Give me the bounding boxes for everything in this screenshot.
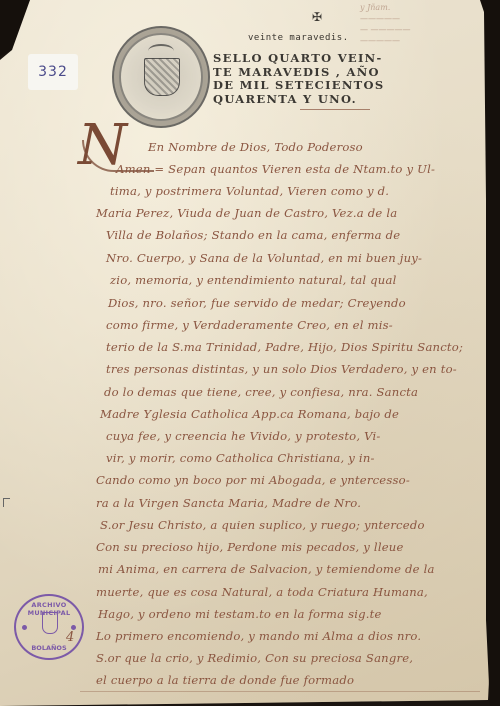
stamp-dot-icon — [22, 625, 27, 630]
text-line: Con su precioso hijo, Perdone mis pecado… — [96, 540, 404, 554]
flourish-rule — [300, 109, 370, 110]
text-line: el cuerpo a la tierra de donde fue forma… — [96, 673, 354, 687]
bottom-rule — [80, 691, 480, 692]
municipal-shield-icon — [42, 612, 58, 634]
text-line: Amen = Sepan quantos Vieren esta de Ntam… — [116, 162, 435, 176]
text-line: Cando como yn boco por mi Abogada, e ynt… — [96, 473, 410, 487]
stamp-line: SELLO QUARTO VEIN- — [213, 52, 453, 66]
text-line: zio, memoria, y entendimiento natural, t… — [110, 273, 396, 287]
text-line: Maria Perez, Viuda de Juan de Castro, Ve… — [96, 206, 397, 220]
text-line: como firme, y Verdaderamente Creo, en el… — [106, 318, 393, 332]
text-line: En Nombre de Dios, Todo Poderoso — [148, 140, 363, 154]
archive-stamp-bottom-text: BOLAÑOS — [16, 644, 82, 652]
crown-icon — [148, 44, 174, 58]
text-line: S.or Jesu Christo, a quien suplico, y ru… — [100, 518, 425, 532]
text-line: Hago, y ordeno mi testam.to en la forma … — [98, 607, 382, 621]
text-line: ra a la Virgen Sancta Maria, Madre de Nr… — [96, 496, 361, 510]
text-line: cuya fee, y creencia he Vivido, y protes… — [106, 429, 381, 443]
marginal-note-line: y Jñam. — [360, 2, 480, 13]
text-line: tima, y postrimera Voluntad, Vieren como… — [110, 184, 389, 198]
text-line: S.or que la crio, y Redimio, Con su prec… — [96, 651, 413, 665]
coat-of-arms-icon — [144, 58, 180, 96]
stamp-price-line: veinte maravedis. — [248, 33, 349, 43]
text-line: Dios, nro. señor, fue servido de medar; … — [108, 296, 406, 310]
text-line: Madre Yglesia Catholica App.ca Romana, b… — [100, 407, 399, 421]
faded-marginal-note: y Jñam. ————— — ————— ————— — [360, 2, 480, 46]
stamp-line: QUARENTA Y UNO. — [213, 93, 453, 107]
text-line: Lo primero encomiendo, y mando mi Alma a… — [96, 629, 421, 643]
stamped-paper-header: SELLO QUARTO VEIN- TE MARAVEDIS , AÑO DE… — [213, 52, 453, 106]
text-line: muerte, que es cosa Natural, a toda Cria… — [96, 585, 428, 599]
text-line: Nro. Cuerpo, y Sana de la Voluntad, en m… — [106, 251, 422, 265]
marginal-note-line: ————— — [360, 35, 480, 46]
stamp-line: TE MARAVEDIS , AÑO — [213, 66, 453, 80]
text-line: Villa de Bolaños; Stando en la cama, enf… — [106, 228, 400, 242]
text-line: tres personas distintas, y un solo Dios … — [106, 362, 457, 376]
stamp-line: DE MIL SETECIENTOS — [213, 79, 453, 93]
text-line: mi Anima, en carrera de Salvacion, y tem… — [98, 562, 435, 576]
cross-icon: ✠ — [312, 10, 322, 24]
text-line: vir, y morir, como Catholica Christiana,… — [106, 451, 375, 465]
archive-municipal-stamp: ARCHIVO MUNICIPAL BOLAÑOS — [14, 594, 84, 660]
text-line: terio de la S.ma Trinidad, Padre, Hijo, … — [106, 340, 463, 354]
marginal-note-line: — ————— — [360, 24, 480, 35]
text-line: do lo demas que tiene, cree, y confiesa,… — [104, 385, 418, 399]
marginal-note-line: ————— — [360, 13, 480, 24]
folio-number-label: 332 — [28, 54, 78, 90]
stamp-dot-icon — [71, 625, 76, 630]
margin-mark — [3, 498, 10, 507]
